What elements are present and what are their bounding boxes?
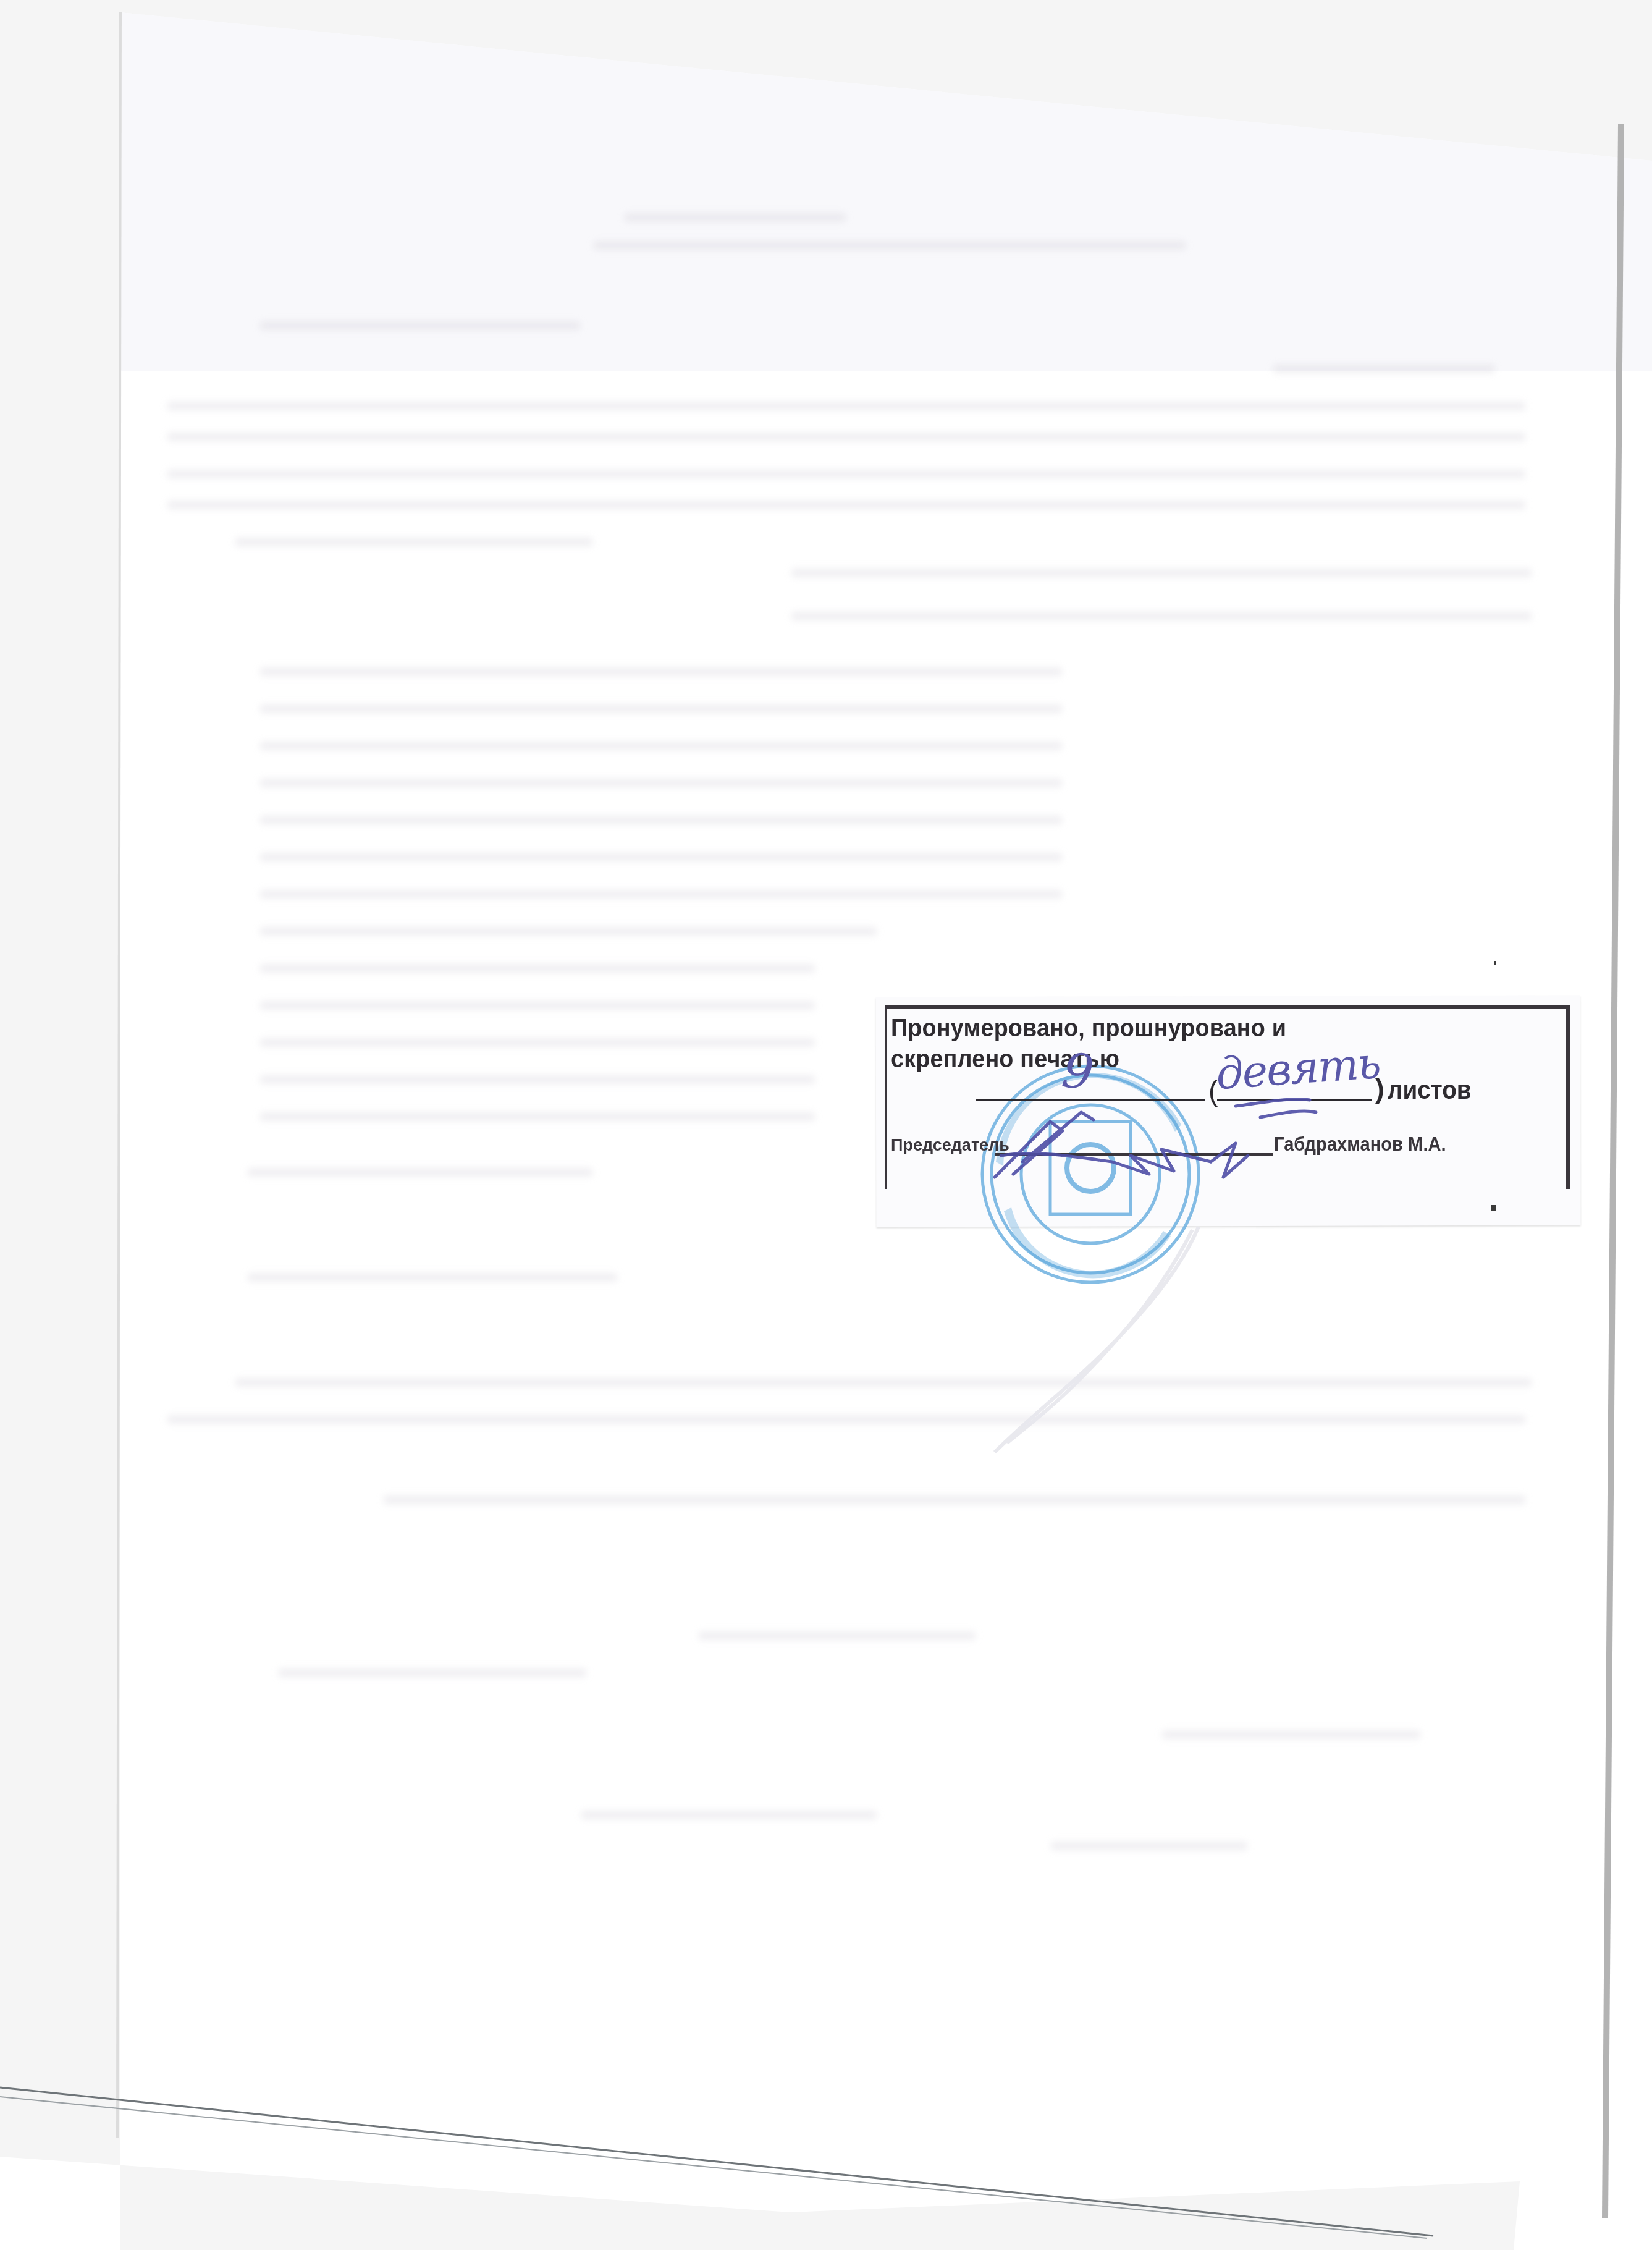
chairman-name: Габдрахманов М.А. [1274,1133,1446,1156]
ghost-text [259,779,1063,787]
ghost-text [167,470,1526,478]
ghost-text [235,1378,1532,1387]
ghost-text [259,964,815,973]
ghost-text [698,1631,976,1640]
chairman-label: Председатель [891,1136,1009,1155]
ghost-text [167,501,1526,509]
ghost-text [259,1112,815,1121]
ghost-text [259,927,877,936]
ghost-text [259,321,581,330]
sheet-count-number-blank [976,1099,1205,1101]
ghost-text [278,1668,587,1677]
ghost-text [167,1415,1526,1424]
ghost-text [383,1495,1526,1504]
ghost-text [167,402,1526,410]
ghost-text [259,816,1063,824]
ghost-text [1161,1730,1421,1739]
ghost-text [247,1168,593,1177]
paren-close: ) [1375,1074,1384,1105]
ghost-text [581,1811,877,1819]
ghost-text [1050,1842,1248,1850]
certification-line-1: Пронумеровано, прошнуровано и [891,1013,1286,1043]
ghost-text [593,241,1186,250]
signature-line [995,1153,1273,1156]
sheets-label: листов [1388,1075,1472,1105]
sheet-count-words-blank [1217,1099,1372,1101]
ghost-text [235,538,593,546]
ghost-text [259,890,1063,899]
ghost-text [791,569,1532,577]
ghost-text [259,853,1063,861]
ghost-text [259,667,1063,676]
ghost-text [259,742,1063,750]
ghost-text [259,1001,815,1010]
ghost-text [247,1273,618,1282]
ghost-text [259,1038,815,1047]
ghost-text [624,213,846,222]
ghost-text [259,1075,815,1084]
ghost-text [791,612,1532,620]
ghost-text [259,704,1063,713]
ghost-text [167,433,1526,441]
ghost-text [1273,365,1495,373]
